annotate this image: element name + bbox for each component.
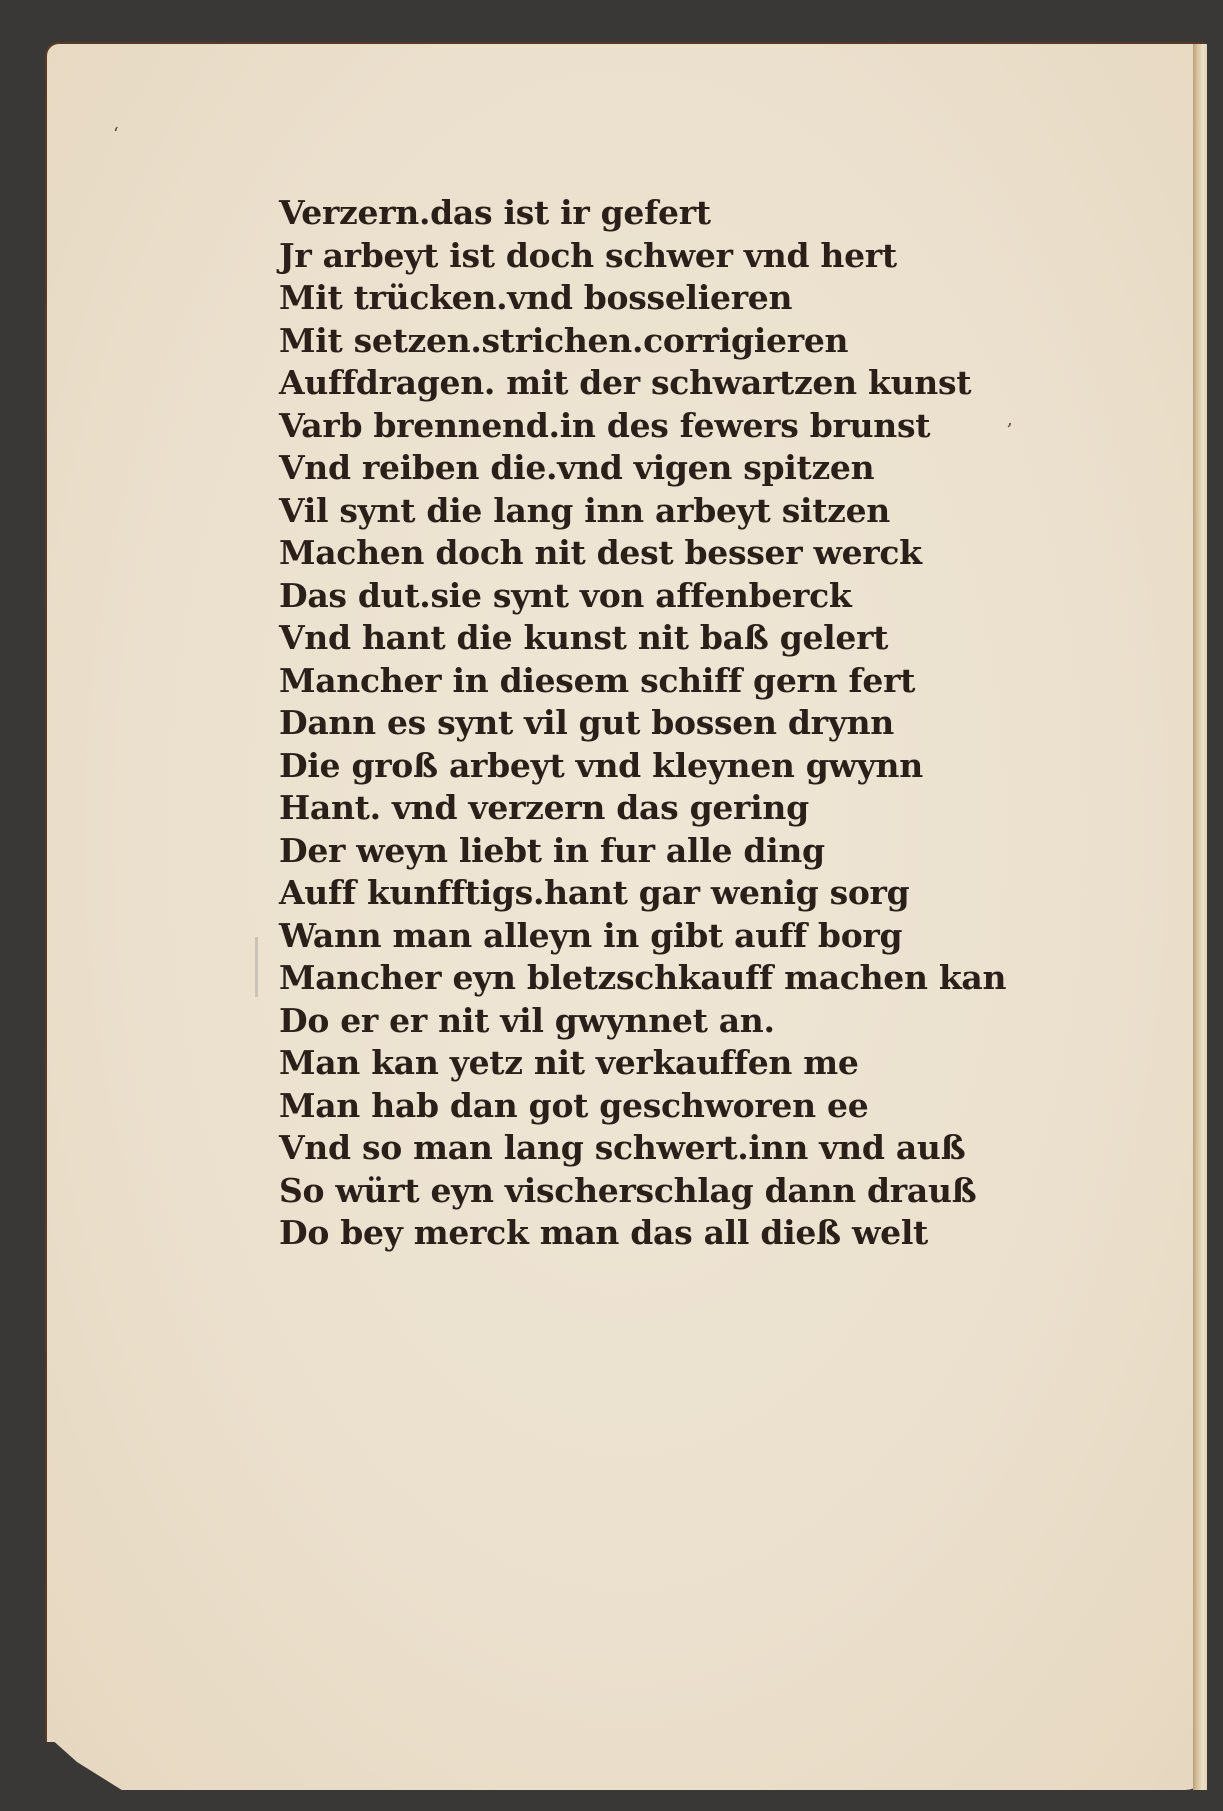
faint-margin-rule [255, 937, 258, 997]
text-line: Mancher in diesem schiff gern fert [279, 660, 1079, 703]
text-line: Jr arbeyt ist doch schwer vnd hert [279, 235, 1079, 278]
text-line: Verzern.das ist ir gefert [279, 192, 1079, 235]
text-line: Auffdragen. mit der schwartzen kunst [279, 362, 1079, 405]
text-line: Vil synt die lang inn arbeyt sitzen [279, 490, 1079, 533]
book-page: ʻ , Verzern.das ist ir gefert Jr arbeyt … [45, 42, 1207, 1790]
text-line: Vnd reiben die.vnd vigen spitzen [279, 447, 1079, 490]
text-line: Hant. vnd verzern das gering [279, 787, 1079, 830]
text-line: Varb brennend.in des fewers brunst [279, 405, 1079, 448]
text-line: Mancher eyn bletzschkauff machen kan [279, 957, 1079, 1000]
text-line: Der weyn liebt in fur alle ding [279, 830, 1079, 873]
text-line: Das dut.sie synt von affenberck [279, 575, 1079, 618]
page-gutter [1193, 44, 1207, 1790]
text-line: Vnd so man lang schwert.inn vnd auß [279, 1127, 1079, 1170]
blackletter-text-block: Verzern.das ist ir gefert Jr arbeyt ist … [279, 192, 1079, 1255]
ink-speck: ʻ [113, 124, 119, 145]
text-line: Machen doch nit dest besser werck [279, 532, 1079, 575]
text-line: Auff kunfftigs.hant gar wenig sorg [279, 872, 1079, 915]
text-line: Die groß arbeyt vnd kleynen gwynn [279, 745, 1079, 788]
text-line: Do er er nit vil gwynnet an. [279, 1000, 1079, 1043]
text-line: Do bey merck man das all dieß welt [279, 1212, 1079, 1255]
text-line: Man hab dan got geschworen ee [279, 1085, 1079, 1128]
text-line: So würt eyn vischerschlag dann drauß [279, 1170, 1079, 1213]
text-line: Dann es synt vil gut bossen drynn [279, 702, 1079, 745]
text-line: Wann man alleyn in gibt auff borg [279, 915, 1079, 958]
text-line: Vnd hant die kunst nit baß gelert [279, 617, 1079, 660]
text-line: Mit trücken.vnd bosselieren [279, 277, 1079, 320]
text-line: Mit setzen.strichen.corrigieren [279, 320, 1079, 363]
text-line: Man kan yetz nit verkauffen me [279, 1042, 1079, 1085]
